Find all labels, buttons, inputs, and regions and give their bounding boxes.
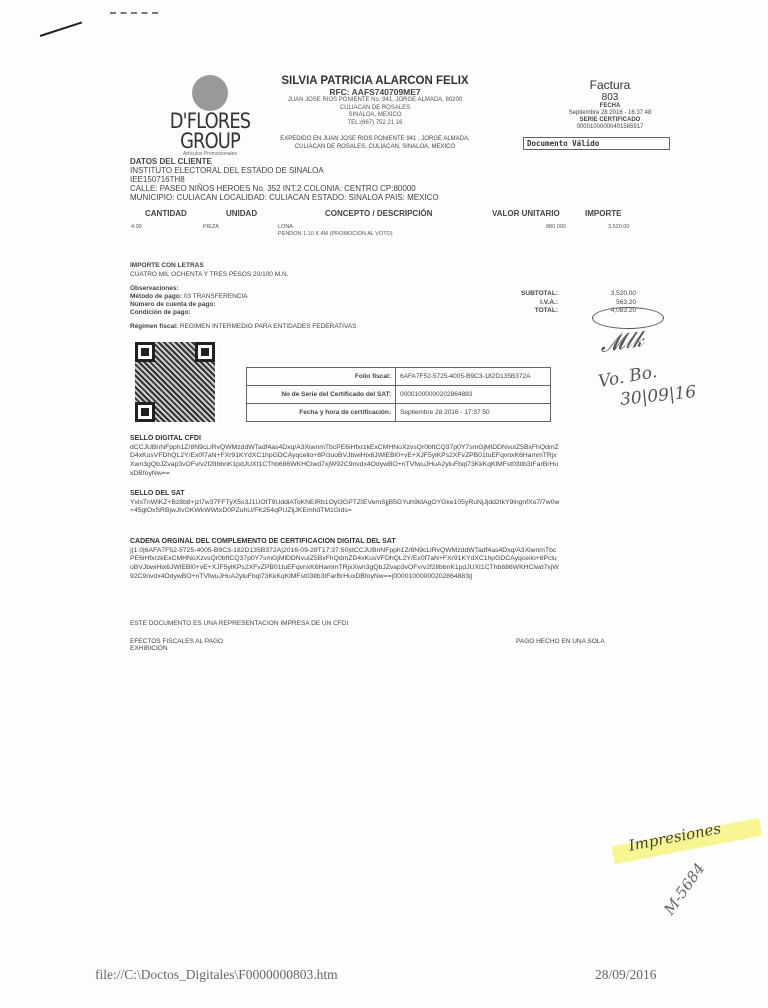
logo-figure-icon xyxy=(192,75,228,111)
table-row: No de Serie del Certificado del SAT: 000… xyxy=(247,386,551,404)
amount-words-text: CUATRO MIL OCHENTA Y TRES PESOS 20/100 M… xyxy=(130,271,288,278)
cut-off-header-right xyxy=(570,6,690,16)
qr-finder-icon xyxy=(135,342,155,362)
certificate-serial: 00001000000401585917 xyxy=(530,124,690,131)
invoice-header: Factura 803 FECHA Septiembre 28 2016 - 1… xyxy=(530,78,690,131)
payment-note: PAGO HECHO EN UNA SOLA xyxy=(516,638,605,645)
tax-regime: REGIMEN INTERMEDIO PARA ENTIDADES FEDERA… xyxy=(180,323,357,330)
invoice-date: Septiembre 28 2016 - 16:37:48 xyxy=(530,110,690,117)
issued-at-line2: CULIACAN DE ROSALES, CULIACAN, SINALOA, … xyxy=(250,143,500,151)
sat-serial-value: 00001000000202864883 xyxy=(396,386,551,404)
sat-seal-title: SELLO DEL SAT xyxy=(130,490,560,499)
validity-badge: Documento Válido xyxy=(523,137,670,150)
certificate-serial-label: SERIE CERTIFICADO xyxy=(530,117,690,124)
client-municipality: MUNICIPIO: CULIACAN LOCALIDAD: CULIACAN … xyxy=(130,193,490,202)
total-label: TOTAL: xyxy=(510,307,558,316)
col-header-unit: UNIDAD xyxy=(226,209,257,218)
col-header-unit-price: VALOR UNITARIO xyxy=(492,209,560,218)
issued-at: EXPEDIDO EN JUAN JOSE RIOS PONIENTE 941 … xyxy=(250,135,500,151)
issuer-block: SILVIA PATRICIA ALARCON FELIX RFC: AAFS7… xyxy=(250,75,500,151)
issuer-rfc: RFC: AAFS740709ME7 xyxy=(250,87,500,97)
logo-line2: GROUP xyxy=(168,131,253,151)
fiscal-effects-line2: EXHIBICION xyxy=(130,645,223,652)
iva-label: I.V.A.: xyxy=(510,299,558,308)
print-file-path: file://C:\Doctos_Digitales\F0000000803.h… xyxy=(95,967,338,983)
pen-mark xyxy=(40,21,82,36)
qr-finder-icon xyxy=(135,402,155,422)
amount-words-block: IMPORTE CON LETRAS CUATRO MIL OCHENTA Y … xyxy=(130,262,288,278)
observations-block: Observaciones: Método de pago: 03 TRANSF… xyxy=(130,285,356,331)
account-number-label: Número de cuenta de pago: xyxy=(130,301,356,309)
cfdi-representation-note: ESTE DOCUMENTO ES UNA REPRESENTACION IMP… xyxy=(130,620,348,627)
col-header-amount: IMPORTE xyxy=(585,209,621,218)
client-name: INSTITUTO ELECTORAL DEL ESTADO DE SINALO… xyxy=(130,166,490,175)
cfdi-seal-text: dCCJUBnNFpph1Z/8N9cLlRvQWMzddWTadf4as4Dx… xyxy=(130,444,560,479)
cfdi-seal-title: SELLO DIGITAL CFDI xyxy=(130,435,560,444)
payment-condition-label: Condición de pago: xyxy=(130,309,356,317)
subtotal-value: 3,520.00 xyxy=(558,290,636,299)
table-row: Folio fiscal: 6AFA7F52-5725-4005-B9C3-18… xyxy=(247,368,551,386)
client-rfc: IEE150716TH8 xyxy=(130,175,490,184)
original-chain-title: CADENA ORGINAL DEL COMPLEMENTO DE CERTIF… xyxy=(130,538,560,547)
invoice-date-label: FECHA xyxy=(530,103,690,110)
cut-off-header-left xyxy=(110,12,158,17)
folio-value: 6AFA7F52-5725-4005-B9C3-182D135B372A xyxy=(396,368,551,386)
handwritten-signature: 𝓜𝓁𝓀 xyxy=(598,327,645,358)
print-date: 28/09/2016 xyxy=(595,967,657,983)
original-chain-text: ||1.0|6AFA7F52-5725-4005-B9C3-182D135B37… xyxy=(130,547,560,582)
iva-value: 563.20 xyxy=(558,299,636,308)
logo-line1: D'FLORES xyxy=(168,111,253,131)
client-street: CALLE: PASEO NIÑOS HEROES No. 352 INT.2 … xyxy=(130,184,490,193)
item-description-line1: LONA xyxy=(278,224,393,231)
sat-serial-label: No de Serie del Certificado del SAT: xyxy=(247,386,396,404)
qr-code xyxy=(133,340,217,424)
amount-words-label: IMPORTE CON LETRAS xyxy=(130,262,288,269)
folio-label: Folio fiscal: xyxy=(247,368,396,386)
company-logo: D'FLORES GROUP Artículos Promocionales xyxy=(160,75,260,165)
issued-at-line1: EXPEDIDO EN JUAN JOSE RIOS PONIENTE 941 … xyxy=(250,135,500,143)
item-description-line2: PENDON 1.10 X 4M (PROMOCION AL VOTO) xyxy=(278,231,393,238)
invoice-number: 803 xyxy=(530,92,690,103)
fiscal-effects-note: EFECTOS FISCALES AL PAGO EXHIBICION xyxy=(130,638,223,652)
col-header-description: CONCEPTO / DESCRIPCIÓN xyxy=(325,209,432,218)
client-block: DATOS DEL CLIENTE INSTITUTO ELECTORAL DE… xyxy=(130,157,490,202)
qr-finder-icon xyxy=(195,342,215,362)
certification-table: Folio fiscal: 6AFA7F52-5725-4005-B9C3-18… xyxy=(246,367,551,422)
original-chain-block: CADENA ORGINAL DEL COMPLEMENTO DE CERTIF… xyxy=(130,538,560,582)
table-row: Fecha y hora de certificación: Septiembr… xyxy=(247,404,551,422)
sat-seal-block: SELLO DEL SAT YxlsTnWlKZ+Bz8b8+jzl7w37FF… xyxy=(130,490,560,516)
cert-date-value: Septiembre 28 2016 - 17:37:50 xyxy=(396,404,551,422)
payment-method-label: Método de pago: xyxy=(130,293,182,300)
fiscal-effects-line1: EFECTOS FISCALES AL PAGO xyxy=(130,638,223,645)
item-description: LONA PENDON 1.10 X 4M (PROMOCION AL VOTO… xyxy=(278,224,393,238)
tax-regime-label: Régimen fiscal: xyxy=(130,323,178,330)
cert-date-label: Fecha y hora de certificación: xyxy=(247,404,396,422)
issuer-address3: SINALOA, MEXICO xyxy=(250,112,500,120)
issuer-name: SILVIA PATRICIA ALARCON FELIX xyxy=(250,75,500,87)
handwritten-circle xyxy=(592,307,664,329)
sat-seal-text: YxlsTnWlKZ+Bz8b8+jzl7w37FFTyX5s3J1UOtT9U… xyxy=(130,499,560,516)
invoice-type: Factura xyxy=(530,78,690,92)
issuer-phone: TEL:(667) 752 21 16 xyxy=(250,120,500,128)
client-heading: DATOS DEL CLIENTE xyxy=(130,157,490,166)
observations-label: Observaciones: xyxy=(130,285,356,293)
col-header-quantity: CANTIDAD xyxy=(145,209,187,218)
subtotal-label: SUBTOTAL: xyxy=(510,290,558,299)
cfdi-seal-block: SELLO DIGITAL CFDI dCCJUBnNFpph1Z/8N9cLl… xyxy=(130,435,560,479)
item-unit: PIEZA xyxy=(203,224,219,231)
item-quantity: 4.00 xyxy=(131,224,142,231)
handwritten-code: M-5684 xyxy=(660,860,708,918)
item-amount: 3,520.00 xyxy=(608,224,629,231)
item-unit-price: 880.000 xyxy=(546,224,566,231)
issuer-address2: CULIACAN DE ROSALES xyxy=(250,105,500,113)
payment-method: 03 TRANSFERENCIA xyxy=(184,293,248,300)
issuer-address1: JUAN JOSE RIOS PONIENTE No. 941, JORGE A… xyxy=(250,97,500,105)
